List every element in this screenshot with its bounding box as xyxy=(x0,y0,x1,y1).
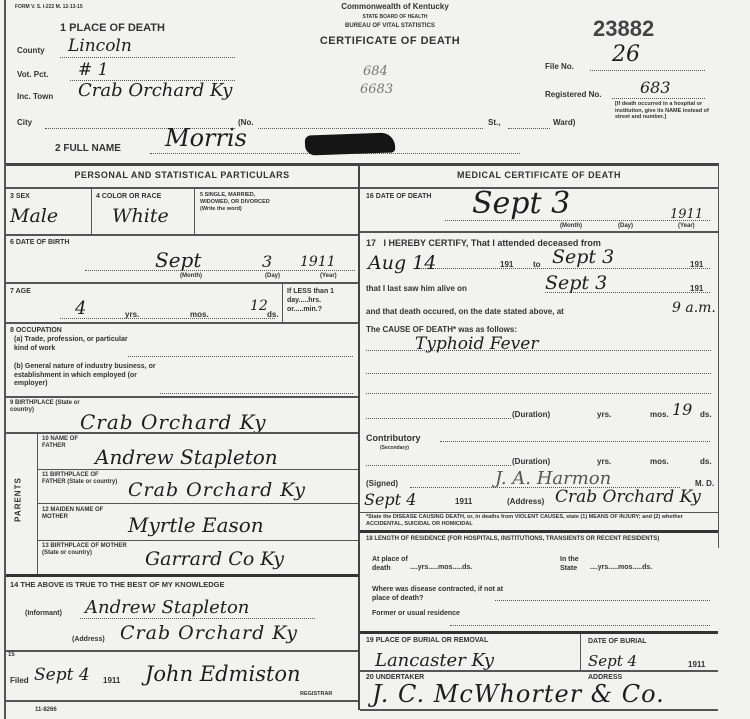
race-value: White xyxy=(112,205,169,227)
attended-to: Sept 3 xyxy=(552,246,614,268)
burial-date-label: DATE OF BURIAL xyxy=(588,638,647,645)
age-days: 12 xyxy=(250,298,268,314)
burial-place-label: 19 PLACE OF BURIAL OR REMOVAL xyxy=(366,637,488,644)
burial-year: 1911 xyxy=(688,660,705,669)
age-years: 4 xyxy=(75,298,86,319)
date-of-death-value: Sept 3 xyxy=(472,186,570,221)
signed-label: (Signed) xyxy=(366,479,398,488)
yrs-label: yrs. xyxy=(125,310,139,319)
registrar-label: REGISTRAR xyxy=(300,691,332,698)
certificate-number: 23882 xyxy=(593,16,654,42)
dob-label: 6 DATE OF BIRTH xyxy=(10,239,69,246)
date-of-death-label: 16 DATE OF DEATH xyxy=(366,193,431,200)
dod-month-label: (Month) xyxy=(560,223,582,230)
redacted-surname xyxy=(305,132,396,155)
sex-value: Male xyxy=(10,205,58,227)
contributory-yrs-label: yrs. xyxy=(597,457,611,466)
age-label: 7 AGE xyxy=(10,288,31,295)
contributory-mos-label: mos. xyxy=(650,457,669,466)
occupation-label: 8 OCCUPATION xyxy=(10,327,62,334)
contributory-label: Contributory xyxy=(366,433,421,443)
physician-signature: J. A. Harmon xyxy=(495,468,611,489)
file-no-value: 26 xyxy=(612,42,640,67)
footer-form-code: 11-8266 xyxy=(35,707,57,714)
father-name-value: Andrew Stapleton xyxy=(95,445,278,469)
secondary-label: (Secondary) xyxy=(380,445,409,452)
birthplace-value: Crab Orchard Ky xyxy=(80,410,267,434)
mother-name-label: 12 MAIDEN NAME OF MOTHER xyxy=(42,507,127,521)
sign-date: Sept 4 xyxy=(364,490,416,509)
death-time-value: 9 a.m. xyxy=(672,300,716,316)
bureau-heading: BUREAU OF VITAL STATISTICS xyxy=(270,23,510,29)
place-of-death-heading: 1 PLACE OF DEATH xyxy=(60,22,165,34)
center-divider xyxy=(358,163,360,710)
informant-address-label: (Address) xyxy=(72,636,105,643)
father-birthplace-label: 11 BIRTHPLACE OF FATHER (State or countr… xyxy=(42,472,122,486)
form-number: FORM V. S. I-222 M. 12-13-15 xyxy=(15,4,83,11)
informant-label: (Informant) xyxy=(25,610,62,617)
father-name-label: 10 NAME OF FATHER xyxy=(42,436,102,450)
contracted-label: Where was disease contracted, if not at … xyxy=(372,585,512,603)
inc-town-value: Crab Orchard Ky xyxy=(78,80,232,101)
informant-address-value: Crab Orchard Ky xyxy=(120,622,298,644)
last-seen-year: 191 xyxy=(690,284,703,293)
attended-from-year: 191 xyxy=(500,260,513,269)
duration-mos-label: mos. xyxy=(650,410,669,419)
duration-days-value: 19 xyxy=(672,400,692,419)
vot-pct-value: # 1 xyxy=(78,60,108,80)
dob-day: 3 xyxy=(262,252,272,271)
dob-year: 1911 xyxy=(300,254,336,270)
filed-label: Filed xyxy=(10,676,29,685)
last-seen-label: that I last saw him alive on xyxy=(366,284,467,293)
sign-year: 1911 xyxy=(455,497,472,506)
at-place-label: At place of death xyxy=(372,555,410,573)
file-no-label: File No. xyxy=(545,62,574,71)
county-value: Lincoln xyxy=(68,36,132,56)
to-label: to xyxy=(533,260,541,269)
commonwealth-heading: Commonwealth of Kentucky xyxy=(290,2,500,11)
attended-from: Aug 14 xyxy=(368,252,436,274)
duration-label: (Duration) xyxy=(512,410,550,419)
attended-to-year: 191 xyxy=(690,260,703,269)
registered-no-value: 683 xyxy=(640,78,671,97)
vot-pct-label: Vot. Pct. xyxy=(17,70,48,79)
contributory-ds-label: ds. xyxy=(700,457,712,466)
death-time-label: and that death occured, on the date stat… xyxy=(366,307,564,316)
residence-label: 18 LENGTH OF RESIDENCE (FOR HOSPITALS, I… xyxy=(366,536,716,543)
occupation-a-label: (a) Trade, profession, or particular kin… xyxy=(14,336,134,353)
margin-note-2: 6683 xyxy=(360,82,393,97)
filed-date: Sept 4 xyxy=(34,665,90,685)
board-heading: STATE BOARD OF HEALTH xyxy=(290,14,500,20)
date-of-death-year: 1911 xyxy=(670,207,703,222)
registrar-signature: John Edmiston xyxy=(145,662,301,686)
in-state-units: ....yrs.....mos.....ds. xyxy=(590,564,652,571)
mother-birthplace-value: Garrard Co Ky xyxy=(145,548,284,570)
day-label: (Day) xyxy=(265,273,280,280)
item-15-number: 15 xyxy=(8,652,15,659)
occupation-b-label: (b) General nature of industry business,… xyxy=(14,363,164,389)
duration-ds-label: ds. xyxy=(700,410,712,419)
filed-year: 1911 xyxy=(103,676,120,685)
county-label: County xyxy=(17,46,45,55)
hospital-note: [If death occurred in a hospital or inst… xyxy=(615,101,710,121)
informant-value: Andrew Stapleton xyxy=(85,597,249,618)
former-residence-label: Former or usual residence xyxy=(372,609,462,618)
month-label: (Month) xyxy=(180,273,202,280)
at-place-units: ....yrs.....mos.....ds. xyxy=(410,564,472,571)
cause-label: The CAUSE OF DEATH* was as follows: xyxy=(366,325,517,334)
duration-yrs-label: yrs. xyxy=(597,410,611,419)
full-name-label: 2 FULL NAME xyxy=(55,143,121,154)
city-label: City xyxy=(17,118,32,127)
less-than-day: If LESS than 1 day.....hrs. or.....min.? xyxy=(287,287,357,314)
dob-month: Sept xyxy=(155,248,201,272)
street-label: St., xyxy=(488,118,500,127)
burial-place-value: Lancaster Ky xyxy=(375,650,494,671)
dod-day-label: (Day) xyxy=(618,223,633,230)
cause-footnote: *State the DISEASE CAUSING DEATH, or, in… xyxy=(366,514,716,527)
mother-birthplace-label: 13 BIRTHPLACE OF MOTHER (State or countr… xyxy=(42,543,127,557)
mos-label: mos. xyxy=(190,310,209,319)
mother-name-value: Myrtle Eason xyxy=(128,513,264,537)
full-name-first: Morris xyxy=(165,124,247,152)
year-label: (Year) xyxy=(320,273,337,280)
dod-year-label: (Year) xyxy=(678,223,695,230)
physician-address-label: (Address) xyxy=(507,497,544,506)
medical-heading: MEDICAL CERTIFICATE OF DEATH xyxy=(360,170,718,180)
header-divider xyxy=(6,163,718,166)
ds-label: ds. xyxy=(267,310,279,319)
margin-note-1: 684 xyxy=(363,64,388,79)
father-birthplace-value: Crab Orchard Ky xyxy=(128,479,306,501)
sex-label: 3 SEX xyxy=(10,193,30,200)
ward-label: Ward) xyxy=(553,118,575,127)
physician-address-value: Crab Orchard Ky xyxy=(555,487,701,507)
informant-heading: 14 THE ABOVE IS TRUE TO THE BEST OF MY K… xyxy=(10,580,224,589)
certificate-title: CERTIFICATE OF DEATH xyxy=(250,35,530,47)
in-state-label: In the State xyxy=(560,555,590,573)
contributory-duration-label: (Duration) xyxy=(512,457,550,466)
left-border xyxy=(4,0,6,719)
inc-town-label: Inc. Town xyxy=(17,92,53,101)
undertaker-value: J. C. McWhorter & Co. xyxy=(372,680,665,708)
race-label: 4 COLOR OR RACE xyxy=(96,193,161,200)
cause-of-death-value: Typhoid Fever xyxy=(415,334,538,354)
parents-label: PARENTS xyxy=(14,460,23,540)
personal-heading: PERSONAL AND STATISTICAL PARTICULARS xyxy=(6,170,358,180)
right-border xyxy=(718,163,719,548)
marital-status-label: 5 SINGLE, MARRIED, WIDOWED, OR DIVORCED … xyxy=(200,192,285,213)
burial-date-value: Sept 4 xyxy=(588,652,637,670)
registered-no-label: Registered No. xyxy=(545,90,601,99)
last-seen-date: Sept 3 xyxy=(545,272,607,294)
